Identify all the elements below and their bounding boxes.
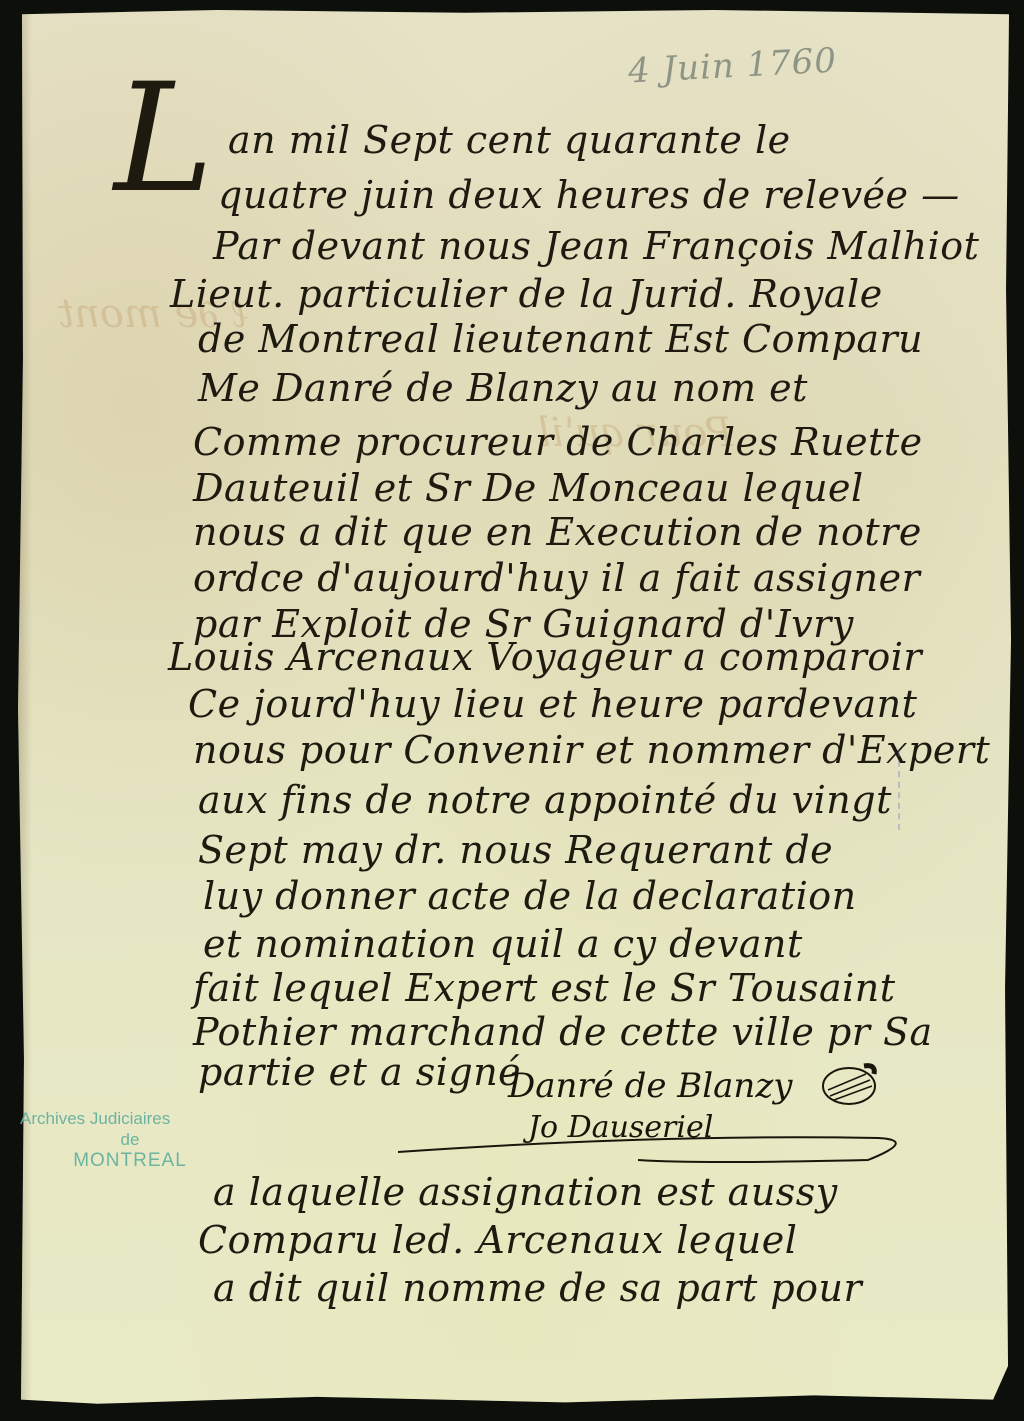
- manuscript-line-2: quatre juin deux heures de relevée —: [218, 173, 960, 217]
- manuscript-line-12: Louis Arcenaux Voyageur a comparoir: [168, 635, 922, 679]
- paper-edge-shadow: [18, 10, 32, 1408]
- manuscript-line-17: luy donner acte de la declaration: [203, 874, 857, 918]
- drop-cap-letter: L: [114, 64, 214, 214]
- manuscript-line-19: fait lequel Expert est le Sr Tousaint: [193, 966, 896, 1010]
- paper-sheet: ℓ ∂e mont Pour qu'il 4 Juin 1760 L an mi…: [18, 10, 1013, 1408]
- manuscript-line-4: Lieut. particulier de la Jurid. Royale: [170, 272, 883, 316]
- manuscript-line-20: Pothier marchand de cette ville pr Sa: [193, 1010, 933, 1054]
- paraph-flourish-icon: [814, 1060, 884, 1120]
- manuscript-line-13: Ce jourd'huy lieu et heure pardevant: [188, 682, 917, 726]
- signature-danre-de-blanzy: Danré de Blanzy: [508, 1066, 792, 1106]
- stamp-line-montreal: MONTREAL: [20, 1150, 240, 1171]
- stamp-line-de: de: [20, 1129, 240, 1150]
- manuscript-line-5: de Montreal lieutenant Est Comparu: [198, 317, 923, 361]
- pencil-date-annotation: 4 Juin 1760: [627, 41, 838, 92]
- faint-blue-mark: [898, 750, 940, 830]
- document-scan: ℓ ∂e mont Pour qu'il 4 Juin 1760 L an mi…: [0, 0, 1024, 1421]
- manuscript-line-15: aux fins de notre appointé du vingt: [198, 778, 892, 822]
- manuscript-line-16: Sept may dr. nous Requerant de: [198, 828, 833, 872]
- manuscript-line-3: Par devant nous Jean François Malhiot: [213, 224, 979, 268]
- manuscript-line-10: ordce d'aujourd'huy il a fait assigner: [193, 556, 920, 600]
- manuscript-line-14: nous pour Convenir et nommer d'Expert: [193, 728, 990, 772]
- manuscript-line-7: Comme procureur de Charles Ruette: [193, 420, 923, 464]
- continuation-line-3: a dit quil nomme de sa part pour: [213, 1266, 862, 1310]
- continuation-line-1: a laquelle assignation est aussy: [213, 1170, 838, 1214]
- manuscript-line-1: an mil Sept cent quarante le: [228, 118, 791, 162]
- continuation-line-2: Comparu led. Arcenaux lequel: [198, 1218, 797, 1262]
- archive-stamp: Archives Judiciaires de MONTREAL: [20, 1108, 240, 1171]
- manuscript-line-18: et nomination quil a cy devant: [203, 922, 803, 966]
- manuscript-line-9: nous a dit que en Execution de notre: [193, 510, 922, 554]
- manuscript-line-6: Me Danré de Blanzy au nom et: [198, 366, 808, 410]
- signature-block: Danré de Blanzy Jo Dauseriel: [498, 1060, 918, 1180]
- stamp-line-archives: Archives Judiciaires: [20, 1108, 240, 1129]
- manuscript-line-21: partie et a signé: [198, 1050, 521, 1094]
- manuscript-line-8: Dauteuil et Sr De Monceau lequel: [193, 466, 864, 510]
